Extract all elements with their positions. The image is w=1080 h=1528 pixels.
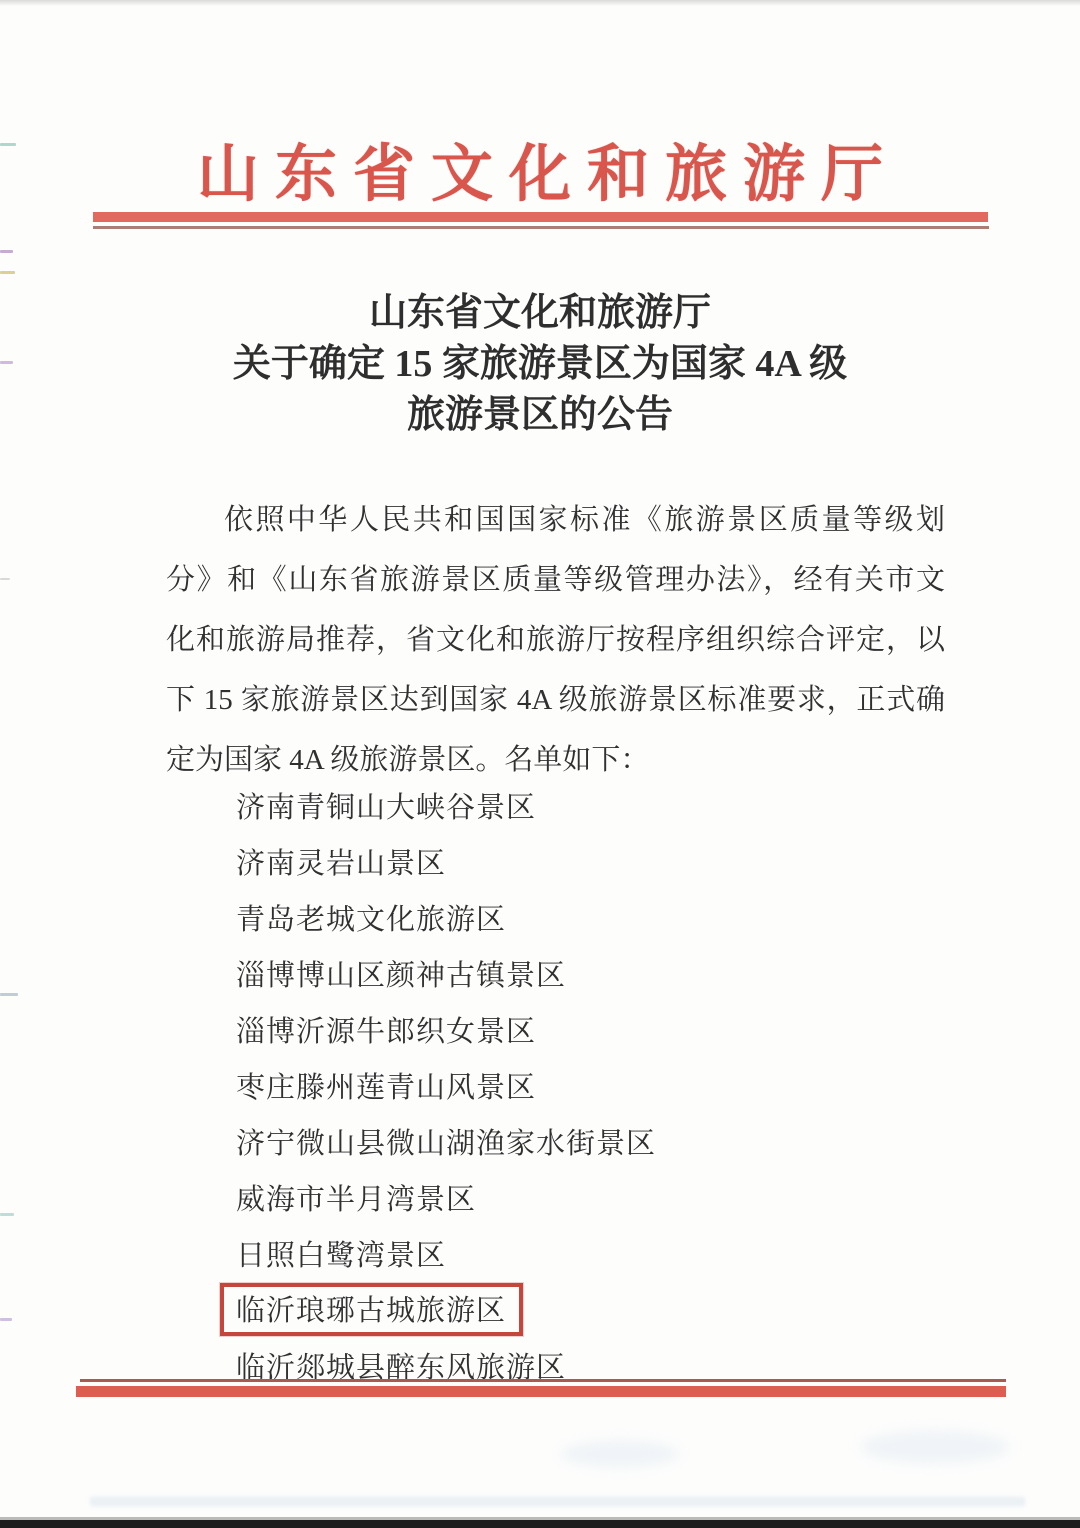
list-item: 青岛老城文化旅游区: [236, 889, 656, 945]
list-item-text: 济南青铜山大峡谷景区: [236, 785, 536, 826]
scan-edge-tick: [0, 250, 13, 253]
document-title-line: 旅游景区的公告: [0, 390, 1080, 441]
scan-top-edge: [0, 0, 1080, 6]
list-item: 济南灵岩山景区: [236, 833, 656, 889]
list-item-text: 淄博沂源牛郎织女景区: [236, 1009, 536, 1050]
scenic-area-list: 济南青铜山大峡谷景区 济南灵岩山景区 青岛老城文化旅游区 淄博博山区颜神古镇景区…: [236, 777, 656, 1393]
scan-edge-tick: [0, 1213, 14, 1216]
scan-edge-tick: [0, 1318, 12, 1321]
list-item-text: 青岛老城文化旅游区: [236, 897, 506, 938]
list-item-text: 济南灵岩山景区: [236, 841, 446, 882]
document-title: 山东省文化和旅游厅 关于确定 15 家旅游景区为国家 4A 级 旅游景区的公告: [0, 288, 1080, 441]
list-item: 枣庄滕州莲青山风景区: [236, 1057, 656, 1113]
highlight-box: 临沂琅琊古城旅游区: [220, 1283, 523, 1336]
body-line: 化和旅游局推荐，省文化和旅游厅按程序组织综合评定，以: [166, 610, 945, 670]
list-item: 济南青铜山大峡谷景区: [236, 777, 656, 833]
footer-rule-thick: [76, 1386, 1006, 1397]
scanned-document-page: 山东省文化和旅游厅 山东省文化和旅游厅 关于确定 15 家旅游景区为国家 4A …: [0, 0, 1080, 1528]
list-item-text: 日照白鹭湾景区: [236, 1233, 446, 1274]
body-line: 分》和《山东省旅游景区质量等级管理办法》，经有关市文: [166, 550, 945, 610]
body-paragraph: 依照中华人民共和国国家标准《旅游景区质量等级划 分》和《山东省旅游景区质量等级管…: [166, 490, 945, 790]
scan-blotch: [560, 1440, 680, 1468]
scan-blotch: [860, 1430, 1010, 1464]
scan-edge-tick: [0, 993, 18, 996]
list-item-text: 威海市半月湾景区: [236, 1177, 476, 1218]
scan-streak: [90, 1497, 1025, 1506]
letterhead-rule-thin: [93, 226, 989, 229]
list-item: 日照白鹭湾景区: [236, 1225, 656, 1281]
footer-rule-thin: [80, 1379, 1006, 1382]
list-item-text: 淄博博山区颜神古镇景区: [236, 953, 566, 994]
list-item: 淄博博山区颜神古镇景区: [236, 945, 656, 1001]
document-title-line: 关于确定 15 家旅游景区为国家 4A 级: [0, 339, 1080, 390]
list-item: 临沂郯城县醉东风旅游区: [236, 1337, 656, 1393]
list-item-text: 济宁微山县微山湖渔家水街景区: [236, 1121, 656, 1162]
list-item-highlighted: 临沂琅琊古城旅游区: [236, 1281, 656, 1337]
list-item-text: 临沂琅琊古城旅游区: [236, 1295, 506, 1327]
list-item: 淄博沂源牛郎织女景区: [236, 1001, 656, 1057]
body-line: 下 15 家旅游景区达到国家 4A 级旅游景区标准要求，正式确: [166, 670, 945, 730]
body-line: 依照中华人民共和国国家标准《旅游景区质量等级划: [166, 490, 945, 550]
list-item: 威海市半月湾景区: [236, 1169, 656, 1225]
scan-edge-tick: [0, 578, 10, 580]
document-title-line: 山东省文化和旅游厅: [0, 288, 1080, 339]
list-item-text: 枣庄滕州莲青山风景区: [236, 1065, 536, 1106]
scan-edge-tick: [0, 271, 15, 274]
scan-bottom-edge: [0, 1520, 1080, 1528]
letterhead-rule-thick: [93, 212, 988, 222]
letterhead-org-name: 山东省文化和旅游厅: [0, 124, 1080, 213]
list-item: 济宁微山县微山湖渔家水街景区: [236, 1113, 656, 1169]
